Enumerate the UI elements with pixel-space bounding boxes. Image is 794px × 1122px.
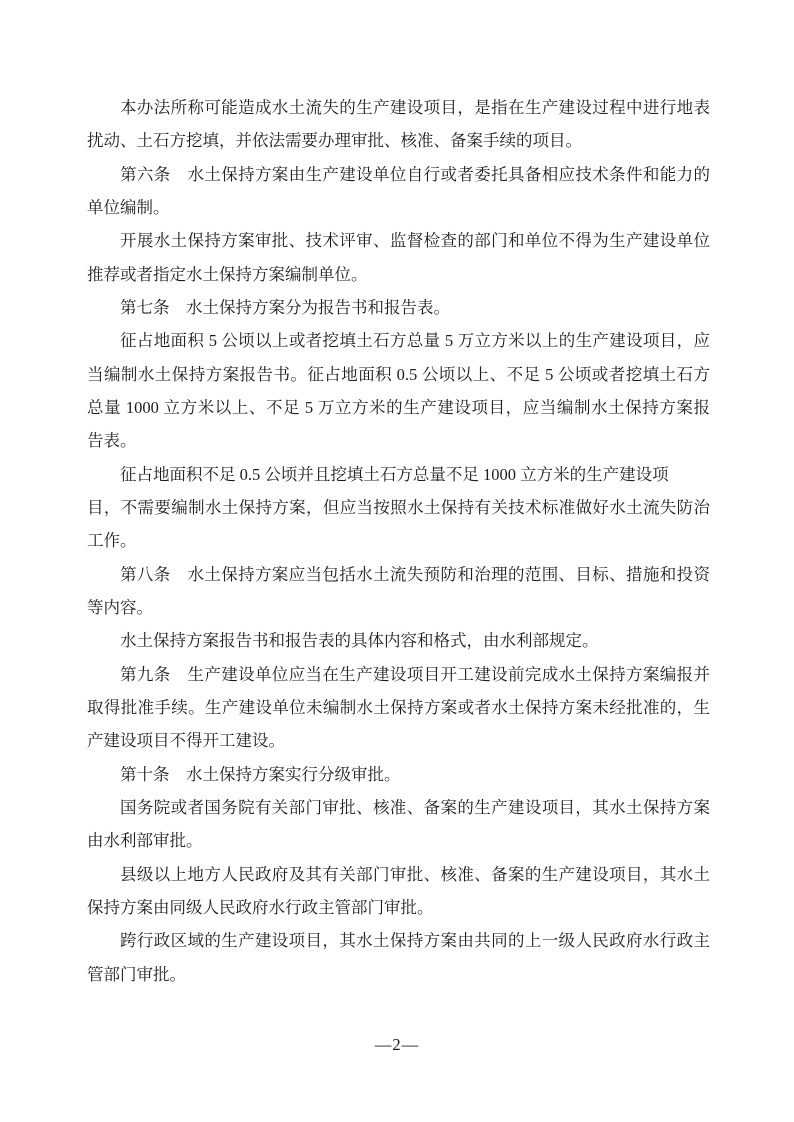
text-line: 由水利部审批。 xyxy=(87,824,710,857)
text-line: 国务院或者国务院有关部门审批、核准、备案的生产建设项目，其水土保持方案 xyxy=(87,791,710,824)
text-line: 第十条 水土保持方案实行分级审批。 xyxy=(87,758,710,791)
text-line: 征占地面积不足 0.5 公顷并且挖填土石方总量不足 1000 立方米的生产建设项 xyxy=(87,458,710,491)
text-line: 告表。 xyxy=(87,424,710,457)
text-line: 取得批准手续。生产建设单位未编制水土保持方案或者水土保持方案未经批准的，生 xyxy=(87,691,710,724)
text-line: 推荐或者指定水土保持方案编制单位。 xyxy=(87,258,710,291)
text-line: 总量 1000 立方米以上、不足 5 万立方米的生产建设项目，应当编制水土保持方… xyxy=(87,391,710,424)
text-line: 产建设项目不得开工建设。 xyxy=(87,724,710,757)
text-line: 跨行政区域的生产建设项目，其水土保持方案由共同的上一级人民政府水行政主 xyxy=(87,924,710,957)
text-line: 扰动、土石方挖填，并依法需要办理审批、核准、备案手续的项目。 xyxy=(87,124,710,157)
text-line: 第七条 水土保持方案分为报告书和报告表。 xyxy=(87,291,710,324)
document-page: 本办法所称可能造成水土流失的生产建设项目，是指在生产建设过程中进行地表扰动、土石… xyxy=(0,0,794,1122)
text-line: 水土保持方案报告书和报告表的具体内容和格式，由水利部规定。 xyxy=(87,624,710,657)
document-body: 本办法所称可能造成水土流失的生产建设项目，是指在生产建设过程中进行地表扰动、土石… xyxy=(87,91,710,991)
text-line: 当编制水土保持方案报告书。征占地面积 0.5 公顷以上、不足 5 公顷或者挖填土… xyxy=(87,358,710,391)
text-line: 本办法所称可能造成水土流失的生产建设项目，是指在生产建设过程中进行地表 xyxy=(87,91,710,124)
text-line: 工作。 xyxy=(87,524,710,557)
text-line: 征占地面积 5 公顷以上或者挖填土石方总量 5 万立方米以上的生产建设项目，应 xyxy=(87,324,710,357)
text-line: 县级以上地方人民政府及其有关部门审批、核准、备案的生产建设项目，其水土 xyxy=(87,858,710,891)
text-line: 目，不需要编制水土保持方案，但应当按照水土保持有关技术标准做好水土流失防治 xyxy=(87,491,710,524)
text-line: 单位编制。 xyxy=(87,191,710,224)
page-number: —2— xyxy=(0,1028,794,1061)
text-line: 管部门审批。 xyxy=(87,958,710,991)
text-line: 开展水土保持方案审批、技术评审、监督检查的部门和单位不得为生产建设单位 xyxy=(87,224,710,257)
text-line: 第六条 水土保持方案由生产建设单位自行或者委托具备相应技术条件和能力的 xyxy=(87,158,710,191)
text-line: 第八条 水土保持方案应当包括水土流失预防和治理的范围、目标、措施和投资 xyxy=(87,558,710,591)
text-line: 保持方案由同级人民政府水行政主管部门审批。 xyxy=(87,891,710,924)
text-line: 第九条 生产建设单位应当在生产建设项目开工建设前完成水土保持方案编报并 xyxy=(87,658,710,691)
text-line: 等内容。 xyxy=(87,591,710,624)
